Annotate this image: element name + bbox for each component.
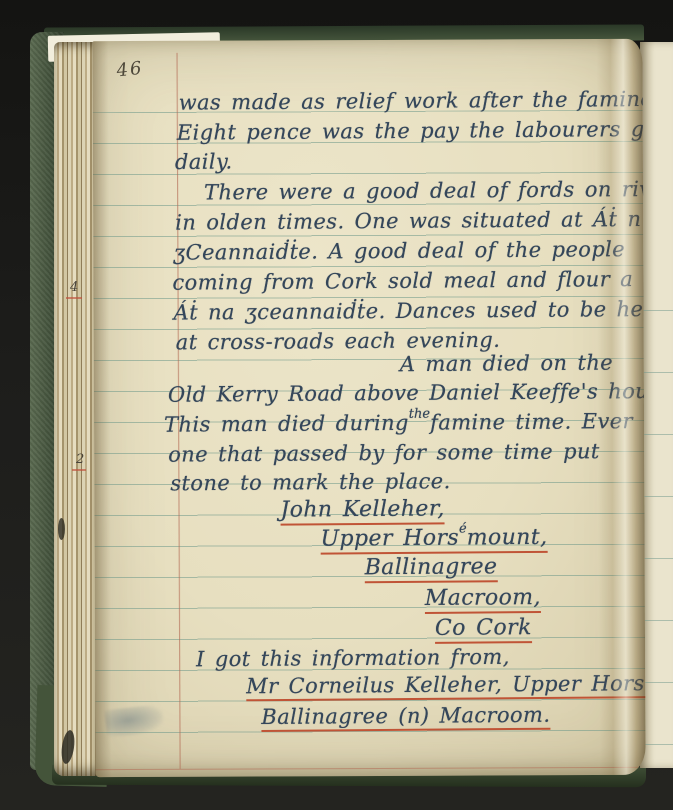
notebook-page: 46 was made as relief work after the fam… [92,39,645,777]
line-text: mount, [467,525,548,551]
handwritten-line: Eight pence was the pay the labourers go… [177,117,646,145]
bottom-margin-line [96,767,646,770]
edge-page-number-mark: 2 [76,452,84,467]
handwritten-line: Áṫ na ʒceannaiḋṫe. Dances used to be hel [173,297,645,325]
line-text: This man died during [164,411,409,437]
page-number: 46 [115,58,144,82]
line-text: daily. [175,149,233,173]
line-text: Co Cork [435,615,532,641]
edge-mark-underline [66,297,82,299]
line-text: stone to mark the place. [170,469,451,495]
page-edge-stack [54,42,96,776]
line-text: Eight pence was the pay the labourers go… [177,117,646,145]
handwritten-line: Ballinagree (n) Macroom. [261,703,550,732]
book-scan: 4 2 46 was made as relief work after the… [0,0,673,810]
inserted-word: the [409,407,430,422]
edge-page-number-mark: 4 [70,280,78,295]
line-text: Old Kerry Road above Daniel Keeffe's hou… [168,379,646,407]
handwritten-line-signature: Co Cork [435,615,532,644]
line-text: one that passed by for some time put [168,439,600,466]
handwritten-line-signature: Ballinagree [365,554,498,583]
line-text: ʒCeannaiḋṫe. A good deal of the people [173,237,625,265]
handwritten-line-signature: Macroom, [425,585,541,614]
handwritten-line: I got this information from, [196,645,510,671]
handwritten-line: at cross-roads each evening. [176,328,501,355]
handwritten-line: stone to mark the place. [170,469,451,495]
line-text: was made as relief work after the famine… [179,87,646,115]
handwritten-line: A man died on the [400,351,613,377]
inserted-word: é [459,521,467,536]
line-text: famine time. Ever [430,409,633,435]
handwritten-line: in olden times. One was situated at Áṫ n [175,207,641,235]
handwritten-line: was made as relief work after the famine… [179,87,646,115]
line-text: coming from Cork sold meal and flour a [172,267,633,295]
line-text: I got this information from, [196,645,510,671]
handwritten-line: There were a good deal of fords on riv [204,177,646,205]
edge-mark-underline [72,469,86,471]
line-text: at cross-roads each evening. [176,328,501,355]
line-text: John Kelleher, [280,496,444,522]
handwritten-line: This man died duringthefamine time. Ever [164,409,633,437]
line-text: Mr Corneilus Kelleher, Upper Horsmt, [246,671,645,698]
handwritten-line-signature: John Kelleher, [280,496,444,525]
handwritten-line: Mr Corneilus Kelleher, Upper Horsmt, [246,671,645,701]
handwritten-line: coming from Cork sold meal and flour a [172,267,633,295]
line-text: A man died on the [400,351,613,377]
handwritten-line: one that passed by for some time put [168,439,600,466]
line-text: Áṫ na ʒceannaiḋṫe. Dances used to be hel [173,297,645,325]
ink-blot [58,518,65,540]
line-text: Macroom, [425,585,541,611]
line-text: Ballinagree [365,554,498,580]
line-text: Upper Hors [320,526,459,552]
line-text: in olden times. One was situated at Áṫ n [175,207,641,235]
handwritten-line: daily. [175,149,233,173]
handwritten-line-signature: Upper Horsémount, [320,525,547,555]
handwritten-line: Old Kerry Road above Daniel Keeffe's hou… [168,379,646,407]
line-text: Ballinagree (n) Macroom. [261,703,550,729]
handwritten-line: ʒCeannaiḋṫe. A good deal of the people [173,237,625,265]
line-text: There were a good deal of fords on riv [204,177,646,205]
